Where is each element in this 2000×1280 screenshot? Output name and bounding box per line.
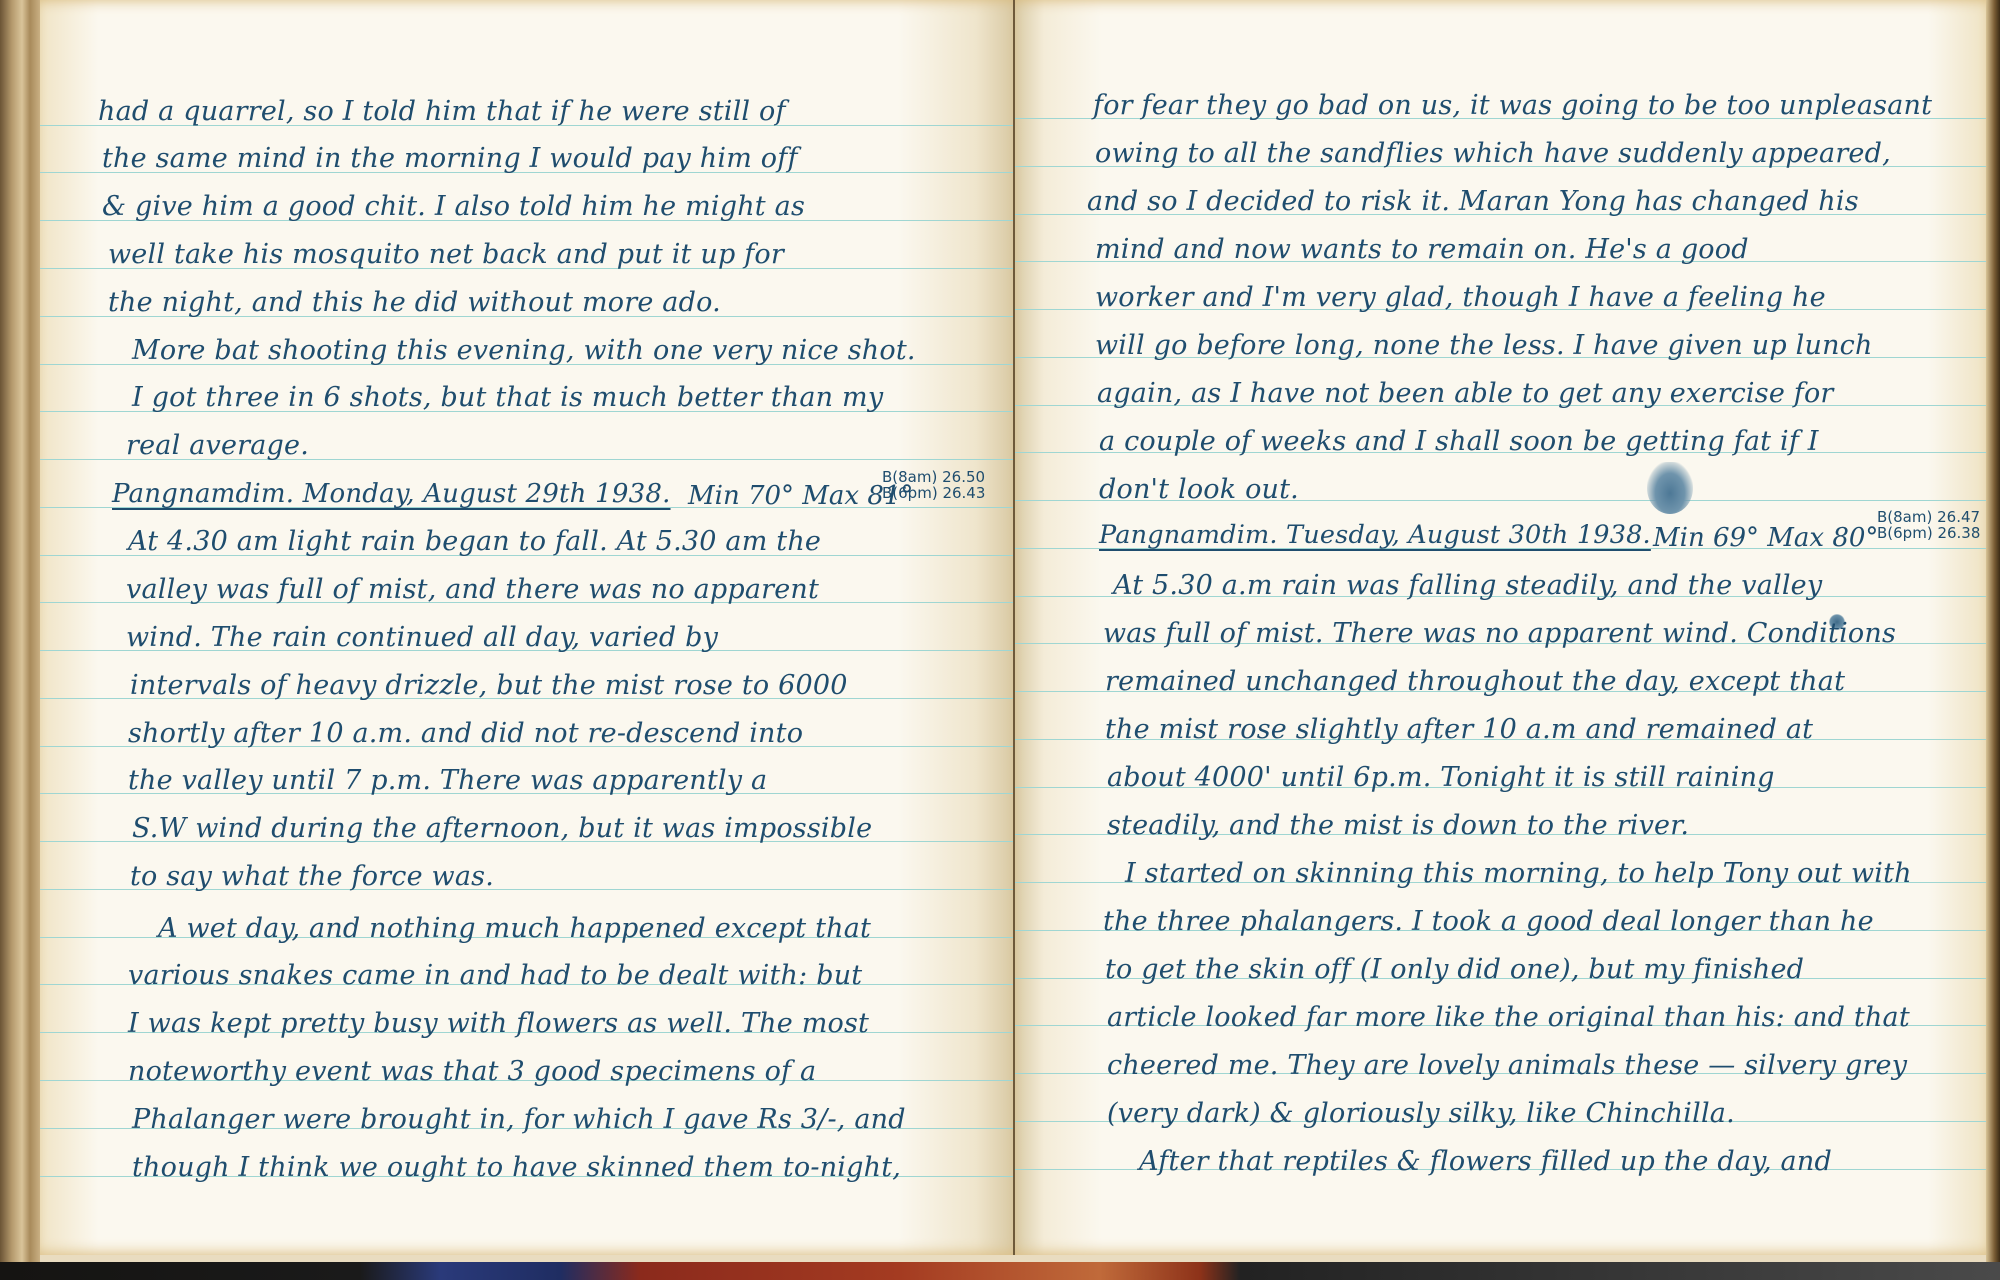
journal-line: owing to all the sandflies which have su… <box>1095 140 1891 167</box>
entry-heading-weather: Min 69° Max 80° <box>1653 523 1878 553</box>
journal-line: cheered me. They are lovely animals thes… <box>1107 1052 1907 1079</box>
journal-line: More bat shooting this evening, with one… <box>132 337 916 364</box>
right-page: for fear they go bad on us, it was going… <box>1015 0 1986 1255</box>
open-notebook: had a quarrel, so I told him that if he … <box>0 0 2000 1262</box>
barometer-readings: B(8am) 26.47 B(6pm) 26.38 <box>1877 510 1980 542</box>
journal-line: the valley until 7 p.m. There was appare… <box>128 767 767 794</box>
journal-line: to get the skin off (I only did one), bu… <box>1105 956 1804 983</box>
entry-heading-date: Pangnamdim. Monday, August 29th 1938. <box>112 481 671 507</box>
journal-line: intervals of heavy drizzle, but the mist… <box>130 672 848 699</box>
journal-line: Phalanger were brought in, for which I g… <box>132 1106 906 1133</box>
journal-line: steadily, and the mist is down to the ri… <box>1107 812 1689 839</box>
journal-line: mind and now wants to remain on. He's a … <box>1095 236 1749 263</box>
entry-heading-date: Pangnamdim. Tuesday, August 30th 1938. <box>1099 523 1651 549</box>
journal-line: various snakes came in and had to be dea… <box>128 962 862 989</box>
journal-line: I was kept pretty busy with flowers as w… <box>128 1010 869 1037</box>
journal-line: remained unchanged throughout the day, e… <box>1105 668 1845 695</box>
journal-line: and so I decided to risk it. Maran Yong … <box>1087 188 1859 215</box>
journal-line: noteworthy event was that 3 good specime… <box>128 1058 816 1085</box>
journal-line: valley was full of mist, and there was n… <box>126 576 819 603</box>
journal-line: though I think we ought to have skinned … <box>132 1154 901 1181</box>
journal-line: A wet day, and nothing much happened exc… <box>158 915 871 942</box>
journal-line: worker and I'm very glad, though I have … <box>1095 284 1826 311</box>
journal-line: shortly after 10 a.m. and did not re-des… <box>128 720 803 747</box>
journal-line: for fear they go bad on us, it was going… <box>1093 92 1932 119</box>
journal-line: At 5.30 a.m rain was falling steadily, a… <box>1113 572 1822 599</box>
journal-line: wind. The rain continued all day, varied… <box>126 624 718 651</box>
min-max-temperature: Min 69° Max 80° <box>1653 523 1878 553</box>
min-max-temperature: Min 70° Max 81° <box>688 481 913 511</box>
journal-line: I got three in 6 shots, but that is much… <box>132 384 883 411</box>
journal-line: S.W wind during the afternoon, but it wa… <box>132 815 872 842</box>
left-page: had a quarrel, so I told him that if he … <box>40 0 1015 1255</box>
journal-line: After that reptiles & flowers filled up … <box>1139 1148 1832 1175</box>
journal-line: don't look out. <box>1099 476 1299 503</box>
barometer-readings: B(8am) 26.50 B(6pm) 26.43 <box>882 470 985 502</box>
ink-blot <box>1647 462 1693 514</box>
journal-line: real average. <box>126 432 309 459</box>
background-surface <box>0 1262 2000 1280</box>
journal-line: article looked far more like the origina… <box>1107 1004 1910 1031</box>
journal-line: again, as I have not been able to get an… <box>1097 380 1834 407</box>
journal-line: well take his mosquito net back and put … <box>108 241 784 268</box>
journal-line: to say what the force was. <box>130 863 494 890</box>
journal-line: (very dark) & gloriously silky, like Chi… <box>1107 1100 1735 1127</box>
page-stack-right-edge <box>1986 0 2000 1262</box>
journal-line: At 4.30 am light rain began to fall. At … <box>128 528 821 555</box>
barometer-pm: B(6pm) 26.43 <box>882 486 985 502</box>
journal-line: about 4000' until 6p.m. Tonight it is st… <box>1107 764 1775 791</box>
journal-line: will go before long, none the less. I ha… <box>1095 332 1873 359</box>
journal-line: a couple of weeks and I shall soon be ge… <box>1099 428 1819 455</box>
barometer-pm: B(6pm) 26.38 <box>1877 526 1980 542</box>
journal-line: the mist rose slightly after 10 a.m and … <box>1105 716 1813 743</box>
journal-line: the three phalangers. I took a good deal… <box>1103 908 1874 935</box>
journal-line: I started on skinning this morning, to h… <box>1125 860 1912 887</box>
journal-line: the night, and this he did without more … <box>108 289 721 316</box>
page-stack-left-edge <box>0 0 40 1262</box>
entry-heading-weather: Min 70° Max 81° <box>688 481 913 511</box>
journal-line: had a quarrel, so I told him that if he … <box>98 98 786 125</box>
journal-line: & give him a good chit. I also told him … <box>102 193 805 220</box>
journal-line: was full of mist. There was no apparent … <box>1103 620 1896 647</box>
journal-line: the same mind in the morning I would pay… <box>102 145 798 172</box>
